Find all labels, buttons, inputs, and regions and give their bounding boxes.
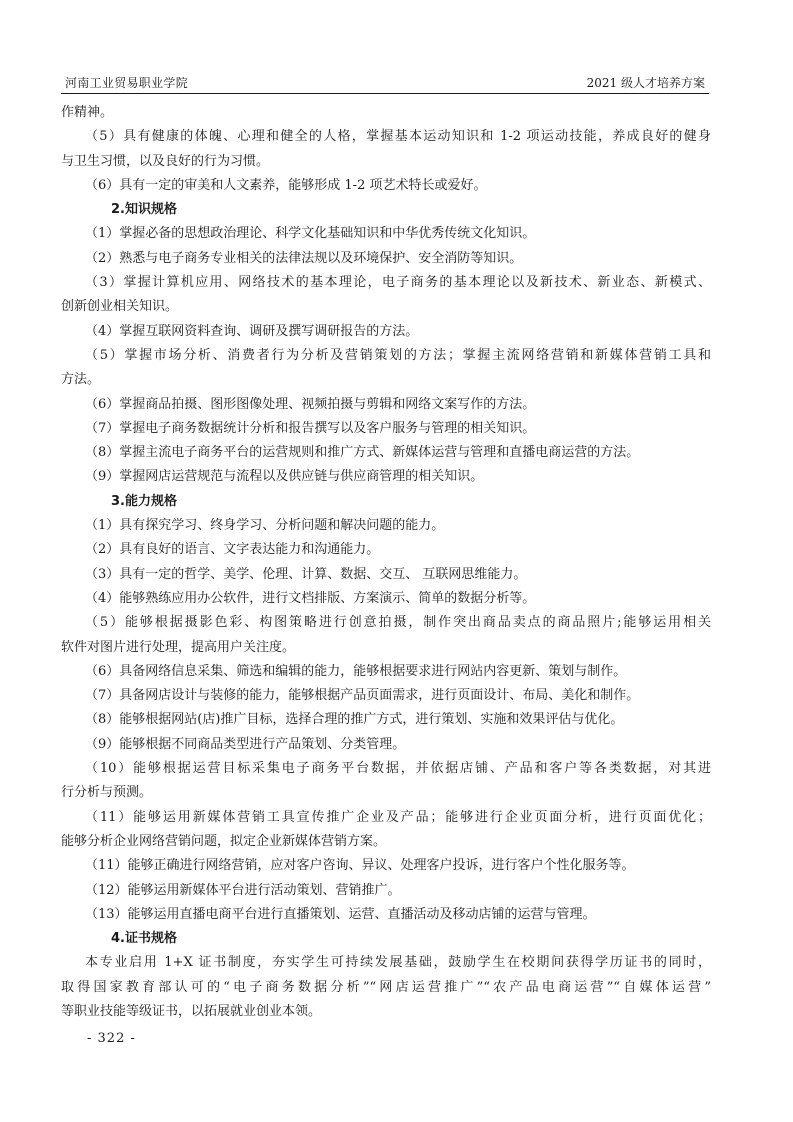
- continuation-line: 与卫生习惯，以及良好的行为习惯。: [61, 150, 711, 174]
- continuation-line: 软件对图片进行处理，提高用户关注度。: [61, 636, 711, 660]
- page-body: 作精神。（5）具有健康的体魄、心理和健全的人格，掌握基本运动知识和 1-2 项运…: [61, 101, 711, 1024]
- continuation-line: 取得国家教育部认可的“电子商务数据分析”“网店运营推广”“农产品电商运营”“自媒…: [61, 976, 711, 1000]
- list-item: （11）能够运用新媒体营销工具宣传推广企业及产品；能够进行企业页面分析，进行页面…: [61, 806, 711, 830]
- list-item: （11）能够正确进行网络营销，应对客户咨询、异议、处理客户投诉，进行客户个性化服…: [61, 854, 711, 878]
- list-item: （4）能够熟练应用办公软件，进行文档排版、方案演示、简单的数据分析等。: [61, 587, 711, 611]
- list-item: （8）能够根据网站(店)推广目标，选择合理的推广方式，进行策划、实施和效果评估与…: [61, 708, 711, 732]
- continuation-line: 行分析与预测。: [61, 781, 711, 805]
- list-item: （7）具备网店设计与装修的能力，能够根据产品页面需求，进行页面设计、布局、美化和…: [61, 684, 711, 708]
- page-header: 河南工业贸易职业学院 2021 级人才培养方案: [61, 74, 709, 94]
- list-item: （6）掌握商品拍摄、图形图像处理、视频拍摄与剪辑和网络文案写作的方法。: [61, 393, 711, 417]
- section-heading: 3.能力规格: [61, 490, 711, 514]
- list-item: （1）掌握必备的思想政治理论、科学文化基础知识和中华优秀传统文化知识。: [61, 222, 711, 246]
- list-item: （2）具有良好的语言、文字表达能力和沟通能力。: [61, 538, 711, 562]
- list-item: （12）能够运用新媒体平台进行活动策划、营销推广。: [61, 879, 711, 903]
- continuation-line: 能够分析企业网络营销问题，拟定企业新媒体营销方案。: [61, 830, 711, 854]
- paragraph-line: 本专业启用 1+X 证书制度，夯实学生可持续发展基础，鼓励学生在校期间获得学历证…: [61, 951, 711, 975]
- list-item: （5）能够根据摄影色彩、构图策略进行创意拍摄，制作突出商品卖点的商品照片;能够运…: [61, 611, 711, 635]
- list-item: （10）能够根据运营目标采集电子商务平台数据，并依据店铺、产品和客户等各类数据，…: [61, 757, 711, 781]
- list-item: （8）掌握主流电子商务平台的运营规则和推广方式、新媒体运营与管理和直播电商运营的…: [61, 441, 711, 465]
- list-item: （5）掌握市场分析、消费者行为分析及营销策划的方法；掌握主流网络营销和新媒体营销…: [61, 344, 711, 368]
- section-heading: 4.证书规格: [61, 927, 711, 951]
- list-item: （3）具有一定的哲学、美学、伦理、计算、数据、交互、 互联网思维能力。: [61, 563, 711, 587]
- page-number: - 322 -: [87, 1031, 136, 1046]
- list-item: （6）具有一定的审美和人文素养，能够形成 1-2 项艺术特长或爱好。: [61, 174, 711, 198]
- continuation-line: 创新创业相关知识。: [61, 295, 711, 319]
- list-item: （2）熟悉与电子商务专业相关的法律法规以及环境保护、安全消防等知识。: [61, 247, 711, 271]
- continuation-line: 作精神。: [61, 101, 711, 125]
- list-item: （9）掌握网店运营规范与流程以及供应链与供应商管理的相关知识。: [61, 465, 711, 489]
- list-item: （7）掌握电子商务数据统计分析和报告撰写以及客户服务与管理的相关知识。: [61, 417, 711, 441]
- section-heading: 2.知识规格: [61, 198, 711, 222]
- header-document-title: 2021 级人才培养方案: [587, 75, 705, 91]
- list-item: （4）掌握互联网资料查询、调研及撰写调研报告的方法。: [61, 320, 711, 344]
- header-institution: 河南工业贸易职业学院: [65, 75, 188, 91]
- list-item: （5）具有健康的体魄、心理和健全的人格，掌握基本运动知识和 1-2 项运动技能，…: [61, 125, 711, 149]
- continuation-line: 等职业技能等级证书，以拓展就业创业本领。: [61, 1000, 711, 1024]
- list-item: （6）具备网络信息采集、筛选和编辑的能力，能够根据要求进行网站内容更新、策划与制…: [61, 660, 711, 684]
- list-item: （3）掌握计算机应用、网络技术的基本理论，电子商务的基本理论以及新技术、新业态、…: [61, 271, 711, 295]
- continuation-line: 方法。: [61, 368, 711, 392]
- list-item: （13）能够运用直播电商平台进行直播策划、运营、直播活动及移动店铺的运营与管理。: [61, 903, 711, 927]
- list-item: （9）能够根据不同商品类型进行产品策划、分类管理。: [61, 733, 711, 757]
- list-item: （1）具有探究学习、终身学习、分析问题和解决问题的能力。: [61, 514, 711, 538]
